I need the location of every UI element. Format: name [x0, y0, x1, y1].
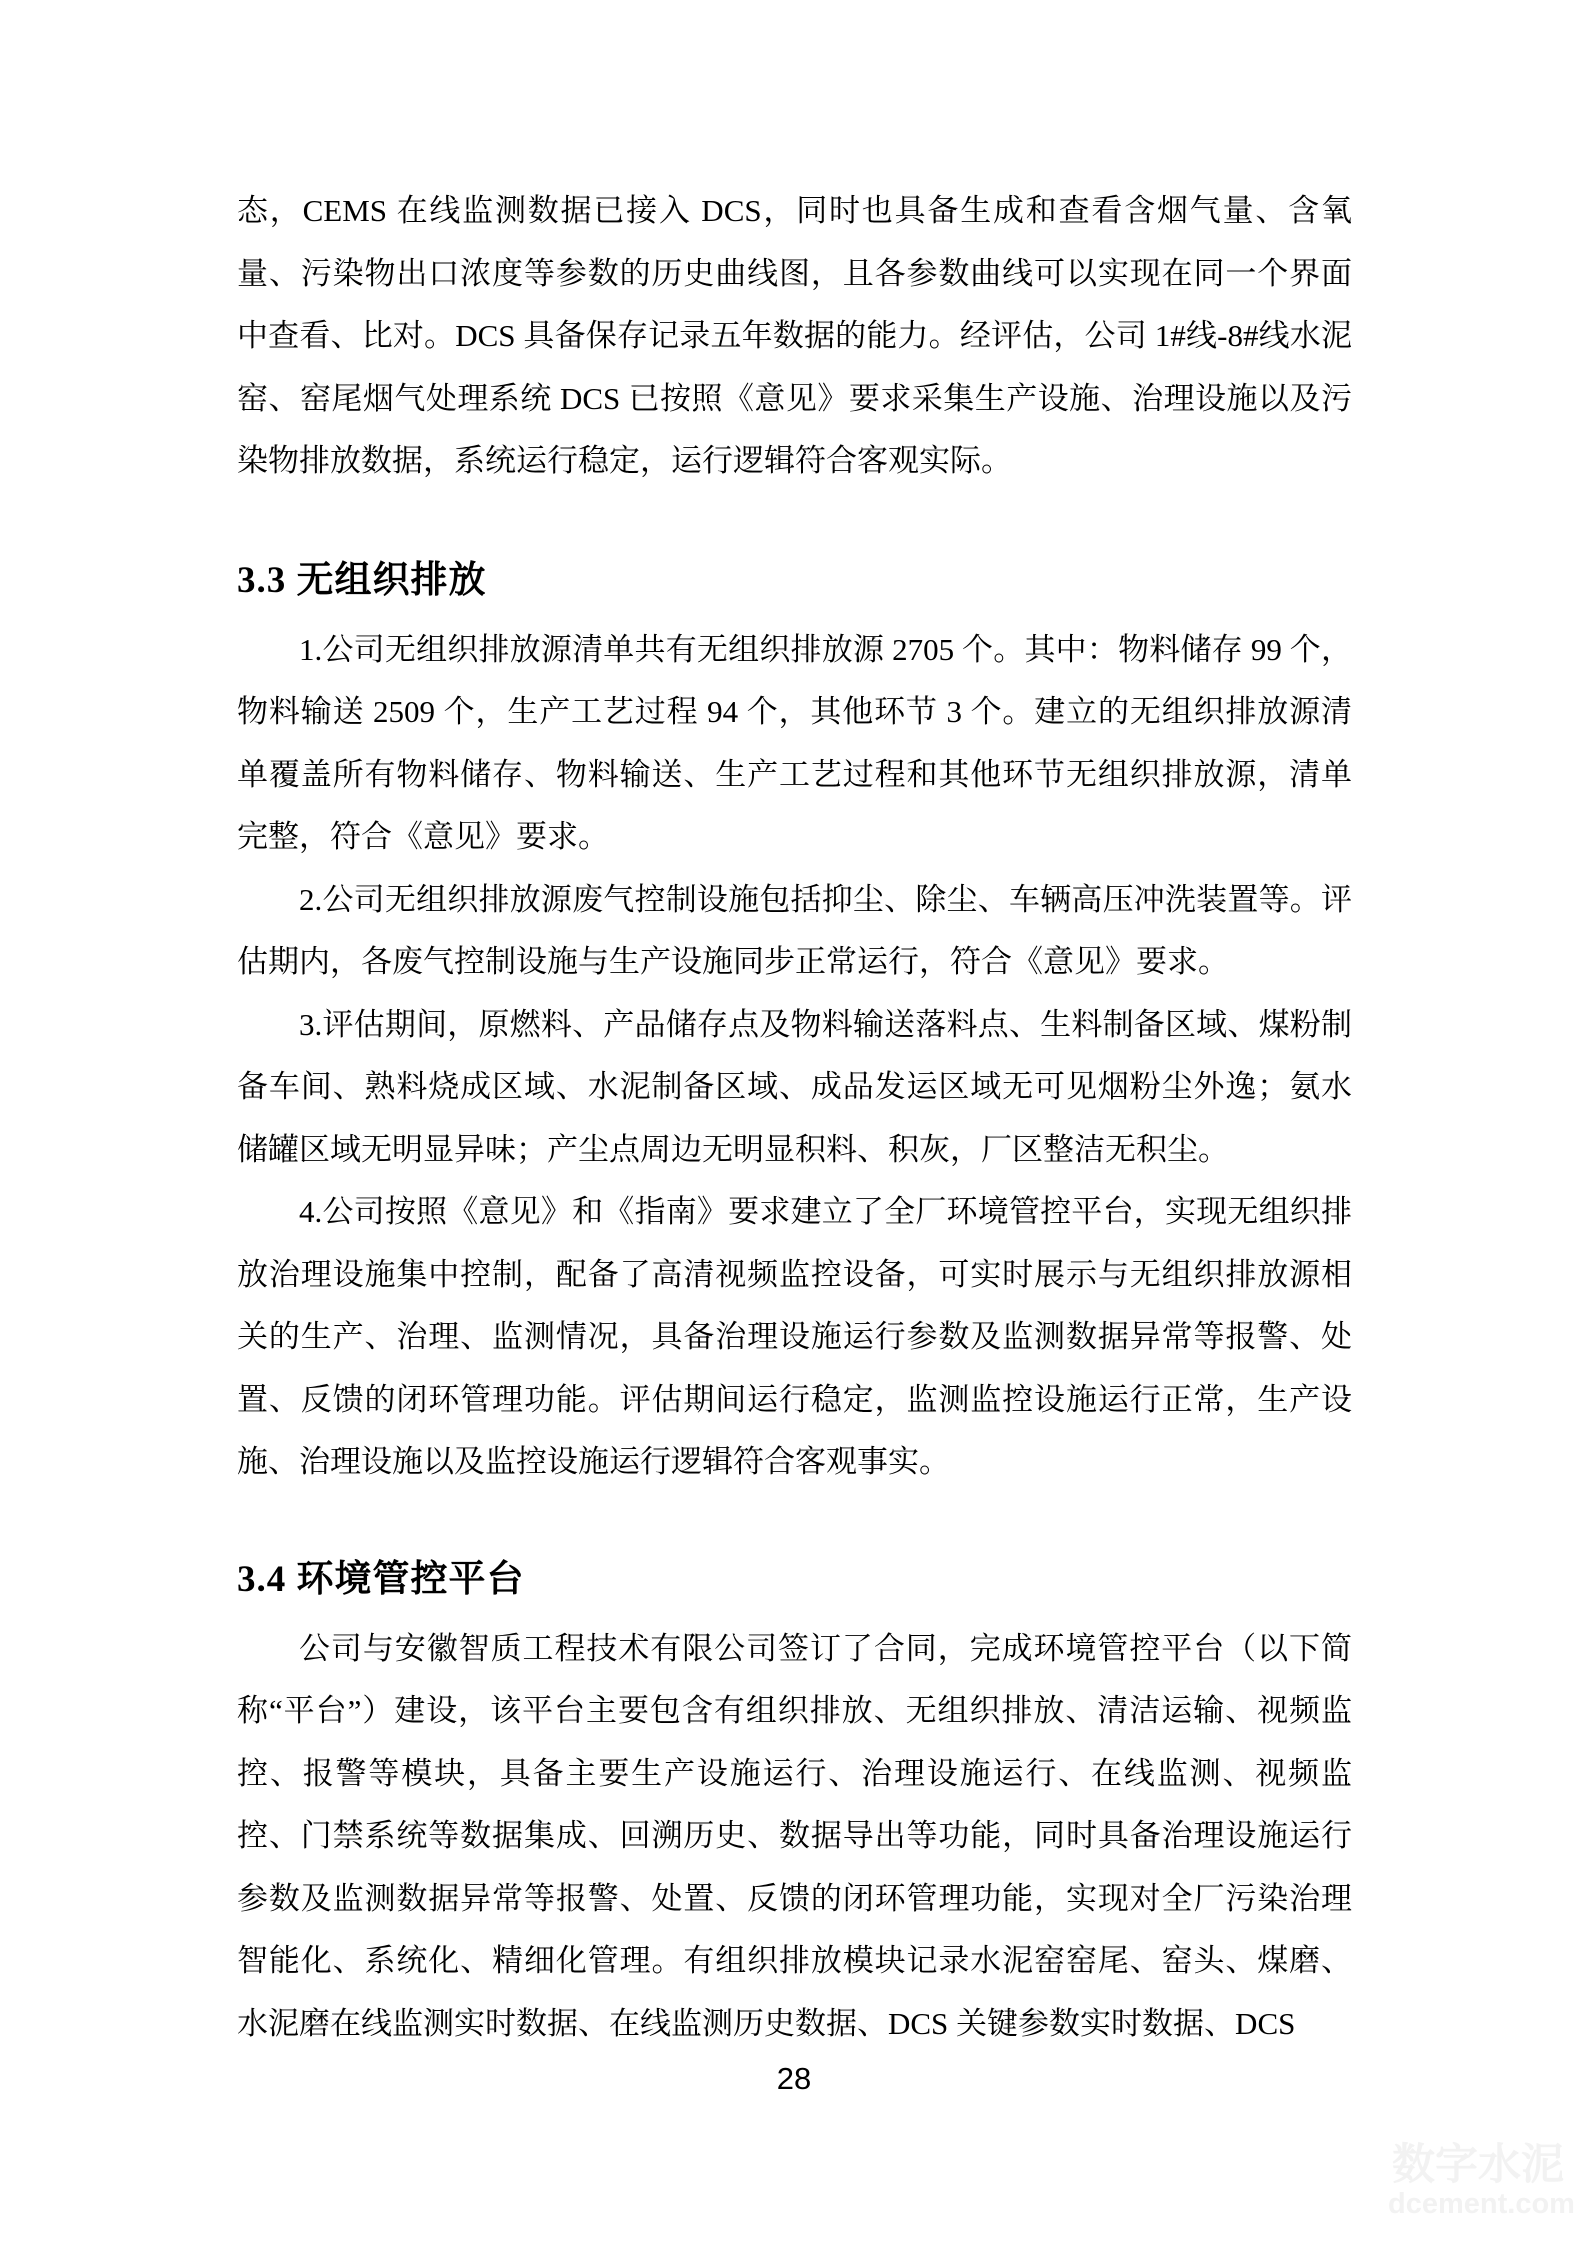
watermark-domain: dcement.com — [1388, 2188, 1568, 2220]
section-heading-3-4: 3.4 环境管控平台 — [237, 1558, 1352, 1602]
watermark: 数字水泥 dcement.com — [1388, 2142, 1568, 2220]
paragraph: 4.公司按照《意见》和《指南》要求建立了全厂环境管控平台，实现无组织排放治理设施… — [237, 1181, 1352, 1494]
paragraph: 2.公司无组织排放源废气控制设施包括抑尘、除尘、车辆高压冲洗装置等。评估期内，各… — [237, 869, 1352, 994]
document-page: 态，CEMS 在线监测数据已接入 DCS，同时也具备生成和查看含烟气量、含氧量、… — [0, 0, 1588, 2245]
paragraph: 3.评估期间，原燃料、产品储存点及物料输送落料点、生料制备区域、煤粉制备车间、熟… — [237, 994, 1352, 1182]
intro-paragraph: 态，CEMS 在线监测数据已接入 DCS，同时也具备生成和查看含烟气量、含氧量、… — [237, 180, 1352, 493]
paragraph: 1.公司无组织排放源清单共有无组织排放源 2705 个。其中：物料储存 99 个… — [237, 619, 1352, 869]
page-number: 28 — [0, 2062, 1588, 2096]
page-body-text: 态，CEMS 在线监测数据已接入 DCS，同时也具备生成和查看含烟气量、含氧量、… — [237, 180, 1352, 2055]
section-heading-3-3: 3.3 无组织排放 — [237, 559, 1352, 603]
watermark-logo-text: 数字水泥 — [1388, 2142, 1568, 2188]
paragraph: 公司与安徽智质工程技术有限公司签订了合同，完成环境管控平台（以下简称“平台”）建… — [237, 1618, 1352, 2056]
